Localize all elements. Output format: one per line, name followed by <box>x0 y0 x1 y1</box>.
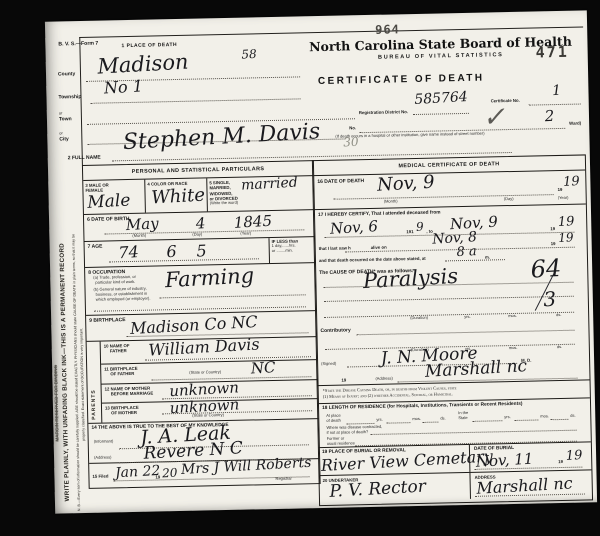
race-cell: 4 COLOR OR RACE White <box>145 178 208 212</box>
if-less-label-3: or ........min. <box>272 248 313 253</box>
father-bp-value: NC <box>250 358 276 377</box>
contracted-label-2: if not at place of death? <box>327 430 369 435</box>
dob-label: 6 DATE OF BIRTH <box>87 216 130 223</box>
registration-district-label: Registration District No. <box>359 109 408 115</box>
age-main-cell: 7 AGE 74 6 5 <box>85 238 269 267</box>
mother-name-label-2: BEFORE MARRIAGE <box>111 391 154 397</box>
certify-block: 17 I HEREBY CERTIFY, That I attended dec… <box>314 204 590 386</box>
dod-year-note: (Year) <box>558 196 569 201</box>
mother-bp-note: (State or Country) <box>192 413 224 418</box>
dod-year-printed: 19 <box>557 187 562 192</box>
dob-day-note: (Day) <box>192 232 202 237</box>
dob-year-note: (Year) <box>240 231 251 236</box>
township-value: No 1 <box>103 76 143 97</box>
fullname-value: Stephen M. Davis <box>122 119 320 155</box>
registration-district-value: 585764 <box>414 89 468 108</box>
contributory-dotted-line-1 <box>357 329 575 336</box>
cause-code-bottom: 3 <box>543 287 557 312</box>
occupation-value: Farming <box>164 263 255 292</box>
cause-of-death-value: Paralysis <box>362 264 458 293</box>
ward-no-value: 2 <box>544 107 555 126</box>
occupation-b-3: which employed (or employer). <box>96 297 151 303</box>
place-of-death-section-label: 1 PLACE OF DEATH <box>121 42 177 49</box>
contributory-mos-note: mos. <box>509 346 518 351</box>
signed-note: (Signed) <box>321 362 336 367</box>
sex-cell: 3 MALE OR FEMALE Male <box>83 180 146 214</box>
city-label: City <box>59 136 69 142</box>
filed-label: 15 Filed <box>92 473 108 479</box>
informant-address-note: (Address) <box>94 455 111 460</box>
stamp-number-top: 964 <box>375 22 400 37</box>
death-time-dotted-line <box>445 258 505 261</box>
residence-dots-2 <box>386 421 410 424</box>
residence-dots-3 <box>422 421 438 423</box>
death-time-value: 8 a <box>456 244 477 260</box>
from-year-value: 9 <box>416 220 424 234</box>
date-of-death-label: 16 DATE OF DEATH <box>317 178 364 185</box>
informant-note: (Informant) <box>94 439 114 444</box>
parents-label: PARENTS <box>90 350 97 420</box>
form-left-rule <box>79 37 83 165</box>
contributory-label: Contributory <box>320 327 350 334</box>
filed-row: 15 Filed Jan 22 19 20 Mrs J Will Roberts… <box>89 459 319 487</box>
township-dotted-line <box>91 97 301 103</box>
last-saw-year-value: 19 <box>558 230 574 245</box>
certificate-title: CERTIFICATE OF DEATH <box>296 72 506 87</box>
contracted-dots <box>371 429 577 435</box>
dod-day-note: (Day) <box>504 197 514 202</box>
father-bp-label-2: OF FATHER <box>110 371 134 377</box>
parents-rows: 10 NAME OF FATHER William Davis 11 BIRTH… <box>101 337 319 423</box>
at-place-label-2: of death <box>326 419 341 424</box>
father-name-label-2: FATHER <box>110 348 127 354</box>
ward-label: Ward) <box>569 121 581 127</box>
occupation-dotted-line-2 <box>94 305 306 311</box>
stamp-number-right: 471 <box>535 43 568 62</box>
undertaker-cell: 20 UNDERTAKER P. V. Rector <box>319 473 471 502</box>
dod-year-value: 19 <box>563 174 580 190</box>
duration-yrs-note: yrs. <box>464 315 471 320</box>
age-label: 7 AGE <box>88 244 103 250</box>
in-state-mos: mos. <box>540 414 549 419</box>
burial-year-printed: 19 <box>558 459 563 464</box>
parents-group: PARENTS 10 NAME OF FATHER William Davis … <box>87 337 319 424</box>
county-code-value: 58 <box>241 47 257 62</box>
township-label: Township <box>58 94 81 100</box>
burial-year-value: 19 <box>565 448 582 464</box>
former-label-2: usual residence <box>327 441 355 446</box>
county-label: County <box>58 71 75 77</box>
fullname-faint-mark: 30 <box>343 135 359 150</box>
residence-dots-4 <box>472 419 502 422</box>
town-or-label: or <box>59 111 63 115</box>
certificate-paper: MARGIN RESERVED FOR BINDING WRITE PLAINL… <box>45 10 597 513</box>
at-place-ds: ds. <box>440 416 445 421</box>
occupation-dotted-line-1 <box>160 293 306 298</box>
duration-dotted-line <box>324 311 574 318</box>
marital-note: (Write the word) <box>210 200 312 207</box>
at-place-yrs: yrs. <box>376 418 383 423</box>
contributory-ds-note: ds. <box>557 345 562 350</box>
district-dotted-line <box>413 112 469 115</box>
undertaker-row: 20 UNDERTAKER P. V. Rector ADDRESS Marsh… <box>319 470 591 502</box>
medical-column: MEDICAL CERTIFICATE OF DEATH 16 DATE OF … <box>312 154 593 506</box>
certificate-no-value: 1 <box>552 83 562 99</box>
date-of-death-row: 16 DATE OF DEATH Nov, 9 (Month) (Day) 19… <box>313 170 586 210</box>
signed-address-note: (Address) <box>375 377 392 382</box>
duration-note: (Duration) <box>410 316 428 321</box>
residence-row: 18 LENGTH OF RESIDENCE (for Hospitals, I… <box>318 398 591 448</box>
cause-dotted-line-2 <box>324 295 574 302</box>
occupation-row: 8 OCCUPATION (a) Trade, profession, or p… <box>85 263 316 316</box>
race-value: White <box>151 185 206 209</box>
mother-bp-label-2: OF MOTHER <box>111 410 137 416</box>
marital-value: married <box>241 175 299 194</box>
county-value: Madison <box>97 50 189 79</box>
signed-date-printed: 19 <box>341 377 346 382</box>
in-state-label-2: State <box>458 416 467 421</box>
father-bp-note: (State or Country) <box>189 370 221 375</box>
duration-ds-note: ds. <box>556 313 561 318</box>
city-or-label: or <box>59 131 63 135</box>
certify-label: 17 I HEREBY CERTIFY, That I attended dec… <box>318 210 441 218</box>
death-occurred-label: and that death occurred on the date abov… <box>319 256 426 264</box>
duration-mos-note: mos. <box>508 314 517 319</box>
to-year-value: 19 <box>558 214 575 230</box>
town-label: Town <box>59 116 72 122</box>
date-of-death-value: Nov, 9 <box>376 172 435 196</box>
form-ref: B. V. S.—Form 7 <box>58 41 98 48</box>
cause-code-top: 64 <box>530 254 562 284</box>
fullname-label: 2 FULL NAME <box>68 155 101 162</box>
if-less-cell: IF LESS than 1 day,......hrs. or .......… <box>268 237 315 263</box>
marital-cell: 5 SINGLE, MARRIED, WIDOWED, or DIVORCED … <box>207 176 314 211</box>
dod-month-note: (Month) <box>384 199 398 204</box>
occupation-a-2: particular kind of work. <box>95 280 135 285</box>
dob-month-note: (Month) <box>132 234 146 239</box>
dod-dotted-line <box>334 193 554 200</box>
personal-column: PERSONAL AND STATISTICAL PARTICULARS 3 M… <box>82 160 321 489</box>
undertaker-address-cell: ADDRESS Marshall nc <box>470 470 592 499</box>
in-state-ds: ds. <box>570 414 575 419</box>
street-no-label: No. <box>349 125 356 131</box>
residence-dots-5 <box>514 418 538 421</box>
certificate-no-dotted-line <box>529 103 581 106</box>
residence-label: 18 LENGTH OF RESIDENCE (for Hospitals, I… <box>322 402 523 412</box>
birthplace-label: 9 BIRTHPLACE <box>89 317 126 324</box>
at-place-mos: mos. <box>412 417 421 422</box>
sex-race-marital-row: 3 MALE OR FEMALE Male 4 COLOR OR RACE Wh… <box>83 176 314 215</box>
in-state-yrs: yrs. <box>504 415 511 420</box>
undertaker-value: P. V. Rector <box>329 477 426 502</box>
sex-value: Male <box>87 190 131 212</box>
scanned-death-certificate: MARGIN RESERVED FOR BINDING WRITE PLAINL… <box>0 0 600 536</box>
residence-dots-6 <box>550 418 568 420</box>
burial-place-cell: 19 PLACE OF BURIAL OR REMOVAL River View… <box>319 445 471 475</box>
